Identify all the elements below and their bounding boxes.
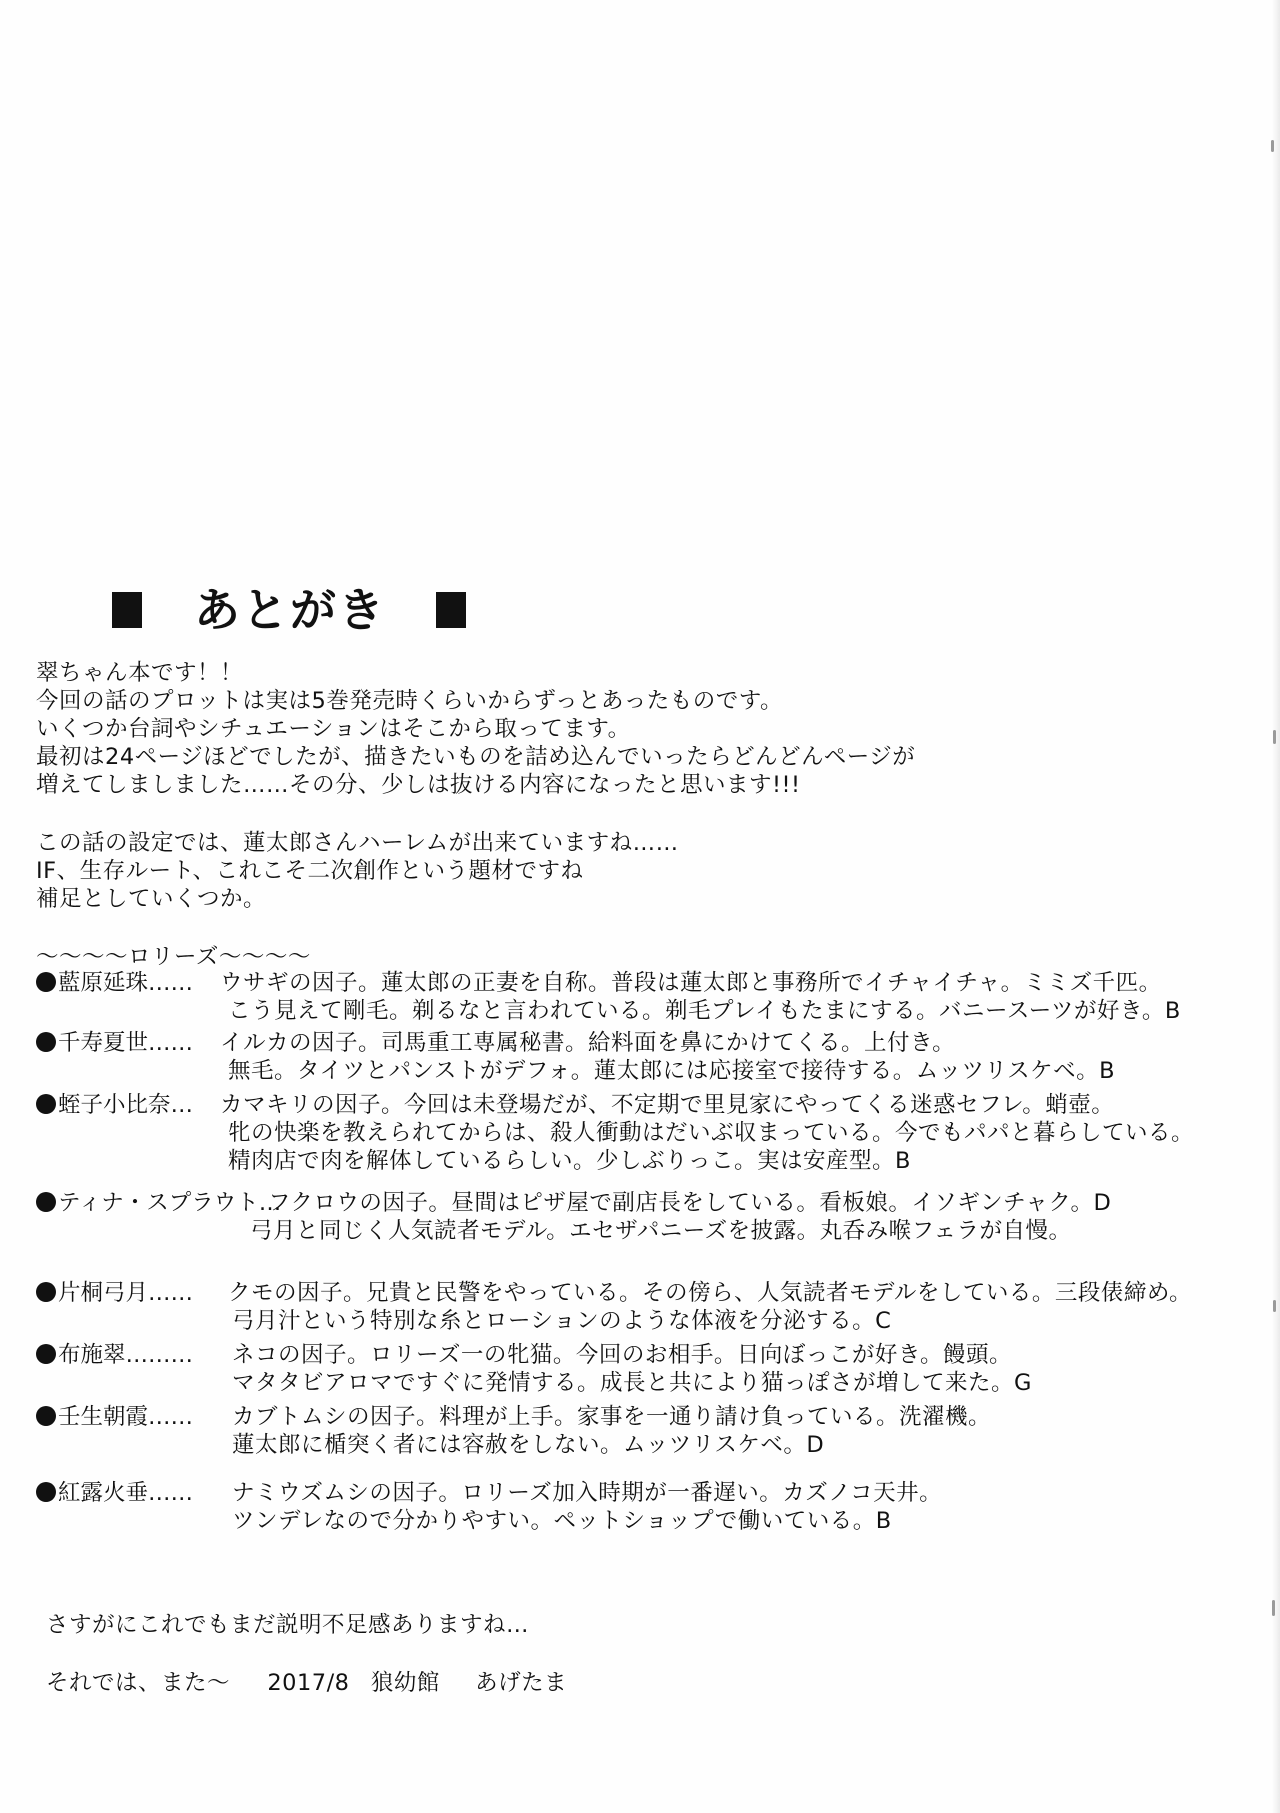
bullet-icon	[36, 1192, 56, 1212]
intro-line: この話の設定では、蓮太郎さんハーレムが出来ていますね……	[36, 830, 679, 856]
intro-line: いくつか台詞やシチュエーションはそこから取ってます。	[36, 716, 631, 742]
scan-artifact	[1271, 140, 1274, 152]
intro-line: 増えてしましました……その分、少しは抜ける内容になったと思います!!!	[36, 772, 801, 798]
character-desc-line: こう見えて剛毛。剃るなと言われている。剃毛プレイもたまにする。バニースーツが好き…	[228, 998, 1181, 1024]
character-desc-line: 牝の快楽を教えられてからは、殺人衝動はだいぶ収まっている。今でもパパと暮らしてい…	[228, 1120, 1194, 1146]
intro-line: IF、生存ルート、これこそ二次創作という題材ですね	[36, 858, 584, 884]
character-desc-line: ツンデレなので分かりやすい。ペットショップで働いている。B	[232, 1508, 892, 1534]
bullet-icon	[36, 1406, 56, 1426]
character-desc-line: 精肉店で肉を解体しているらしい。少しぶりっこ。実は安産型。B	[228, 1148, 911, 1174]
character-entry-name: 布施翠………	[36, 1342, 193, 1368]
bullet-icon	[36, 1344, 56, 1364]
page-edge-shadow	[1272, 0, 1280, 1813]
character-desc-line: ネコの因子。ロリーズ一の牝猫。今回のお相手。日向ぼっこが好き。饅頭。	[232, 1342, 1012, 1368]
character-entry-name: ティナ・スプラウト…	[36, 1190, 281, 1216]
character-desc-line: フクロウの因子。昼間はピザ屋で副店長をしている。看板娘。イソギンチャク。D	[268, 1190, 1111, 1216]
character-desc-line: 無毛。タイツとパンストがデフォ。蓮太郎には応接室で接待する。ムッツリスケベ。B	[228, 1058, 1115, 1084]
character-desc-line: 弓月汁という特別な糸とローションのような体液を分泌する。C	[232, 1308, 891, 1334]
bullet-icon	[36, 1094, 56, 1114]
character-entry-name: 千寿夏世……	[36, 1030, 193, 1056]
square-marker-icon	[436, 592, 466, 628]
bullet-icon	[36, 1482, 56, 1502]
character-entry-name: 蛭子小比奈…	[36, 1092, 193, 1118]
intro-line: 最初は24ページほどでしたが、描きたいものを詰め込んでいったらどんどんページが	[36, 744, 915, 770]
scan-artifact	[1273, 1300, 1276, 1312]
character-desc-line: ナミウズムシの因子。ロリーズ加入時期が一番遅い。カズノコ天井。	[232, 1480, 942, 1506]
character-entry-name: 片桐弓月……	[36, 1280, 193, 1306]
section-heading: ～～～～ロリーズ～～～～	[36, 944, 311, 970]
bullet-icon	[36, 972, 56, 992]
signoff-farewell: それでは、また～	[46, 1670, 230, 1696]
character-entry-name: 藍原延珠……	[36, 970, 193, 996]
signoff-circle: 狼幼館	[371, 1670, 440, 1696]
character-entry-name: 壬生朝霞……	[36, 1404, 193, 1430]
intro-line: 補足としていくつか。	[36, 886, 266, 912]
intro-line: 翠ちゃん本です！！	[36, 660, 243, 686]
scanned-page: あとがき 翠ちゃん本です！！ 今回の話のプロットは実は5巻発売時くらいからずっと…	[0, 0, 1280, 1813]
scan-artifact	[1273, 730, 1276, 744]
afterword-title: あとがき	[112, 580, 466, 640]
intro-line: 今回の話のプロットは実は5巻発売時くらいからずっとあったものです。	[36, 688, 783, 714]
scan-artifact	[1272, 1600, 1275, 1616]
square-marker-icon	[112, 592, 142, 628]
character-desc-line: マタタビアロマですぐに発情する。成長と共により猫っぽさが増して来た。G	[232, 1370, 1032, 1396]
bullet-icon	[36, 1282, 56, 1302]
bullet-icon	[36, 1032, 56, 1052]
character-desc-line: カマキリの因子。今回は未登場だが、不定期で里見家にやってくる迷惑セフレ。蛸壺。	[220, 1092, 1114, 1118]
character-desc-line: 蓮太郎に楯突く者には容赦をしない。ムッツリスケベ。D	[232, 1432, 824, 1458]
signoff-author: あげたま	[475, 1670, 567, 1696]
character-desc-line: カブトムシの因子。料理が上手。家事を一通り請け負っている。洗濯機。	[232, 1404, 991, 1430]
character-desc-line: クモの因子。兄貴と民警をやっている。その傍ら、人気読者モデルをしている。三段俵締…	[228, 1280, 1192, 1306]
signoff-date: 2017/8	[267, 1670, 349, 1696]
character-desc-line: ウサギの因子。蓮太郎の正妻を自称。普段は蓮太郎と事務所でイチャイチャ。ミミズ千匹…	[220, 970, 1162, 996]
character-desc-line: イルカの因子。司馬重工専属秘書。給料面を鼻にかけてくる。上付き。	[220, 1030, 955, 1056]
closing-line: さすがにこれでもまだ説明不足感ありますね…	[46, 1612, 529, 1638]
signoff: それでは、また～ 2017/8 狼幼館 あげたま	[46, 1670, 567, 1696]
page-title: あとがき	[194, 580, 386, 640]
character-desc-line: 弓月と同じく人気読者モデル。エセザパニーズを披露。丸呑み喉フェラが自慢。	[250, 1218, 1071, 1244]
character-entry-name: 紅露火垂……	[36, 1480, 193, 1506]
